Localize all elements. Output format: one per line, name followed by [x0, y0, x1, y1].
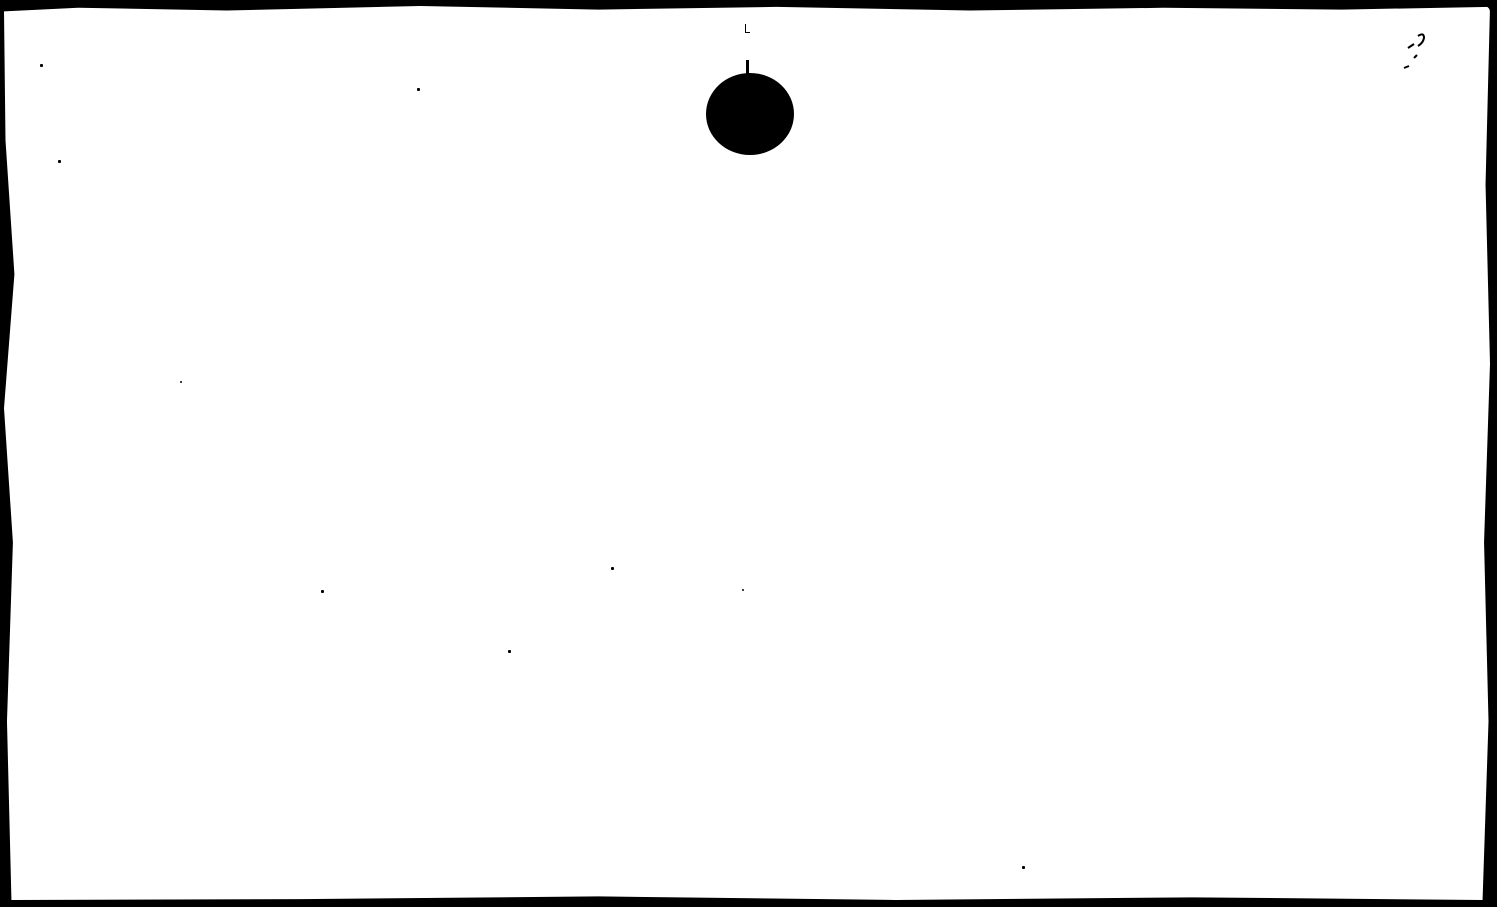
dust-speck: [58, 160, 61, 163]
dust-speck: [742, 589, 744, 591]
dust-speck: [180, 381, 182, 383]
punched-hole: [706, 73, 794, 155]
dust-speck: [321, 590, 324, 593]
pencil-mark-icon: [1400, 30, 1430, 74]
dust-speck: [417, 88, 420, 91]
dust-speck: [1022, 866, 1025, 869]
dust-speck: [611, 567, 614, 570]
dust-speck: [508, 650, 511, 653]
small-tick-mark: [745, 24, 750, 33]
dust-speck: [40, 64, 43, 67]
